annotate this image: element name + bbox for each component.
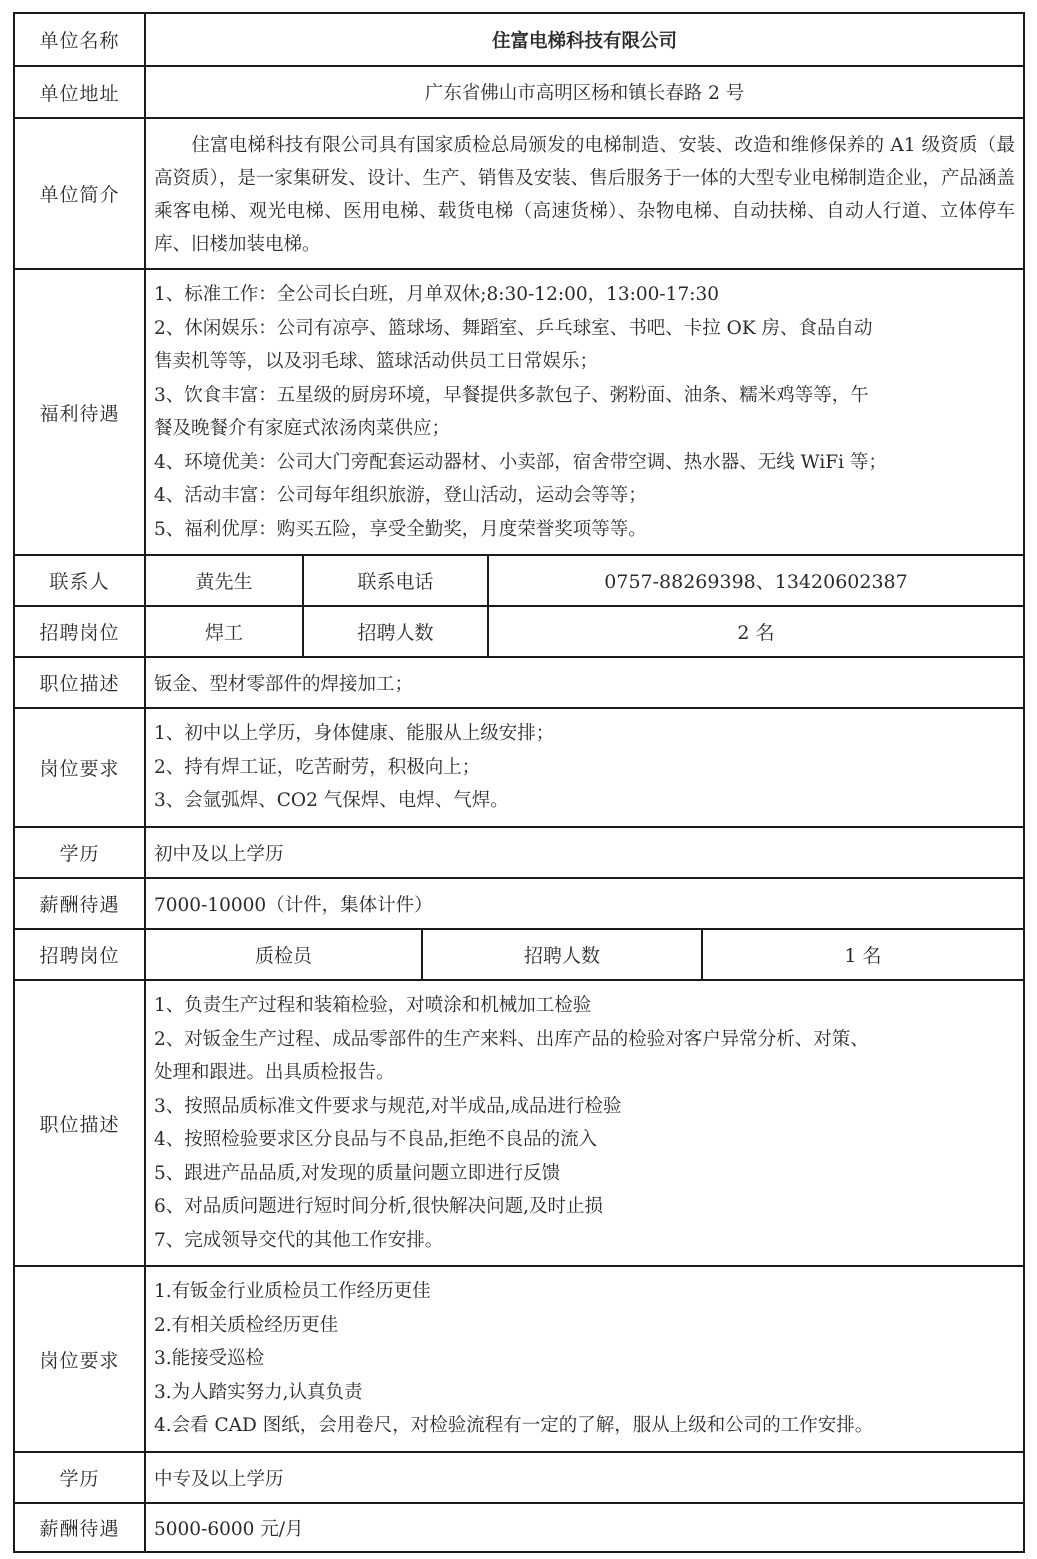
job2-salary: 5000-6000 元/月 [146,1504,1023,1551]
company-intro: 住富电梯科技有限公司具有国家质检总局颁发的电梯制造、安装、改造和维修保养的 A1… [146,119,1023,268]
row-job1-education: 学历 初中及以上学历 [15,826,1023,877]
row-job2-salary: 薪酬待遇 5000-6000 元/月 [15,1502,1023,1551]
row-job1-position: 招聘岗位 焊工 招聘人数 2 名 [15,605,1023,656]
benefit-line: 4、环境优美：公司大门旁配套运动器材、小卖部，宿舍带空调、热水器、无线 WiFi… [154,446,1015,480]
job2-count-label: 招聘人数 [423,930,703,979]
requirement-line: 3.为人踏实努力,认真负责 [154,1376,1015,1410]
job1-count-label: 招聘人数 [304,607,489,656]
company-name: 住富电梯科技有限公司 [146,14,1023,65]
description-line: 7、完成领导交代的其他工作安排。 [154,1224,1015,1258]
company-address-label: 单位地址 [15,67,146,117]
description-line: 3、按照品质标准文件要求与规范,对半成品,成品进行检验 [154,1090,1015,1124]
job2-count: 1 名 [703,930,1023,979]
company-name-label: 单位名称 [15,14,146,65]
job1-description: 钣金、型材零部件的焊接加工； [146,658,1023,707]
requirement-line: 3.能接受巡检 [154,1342,1015,1376]
row-job1-requirements: 岗位要求 1、初中以上学历，身体健康、能服从上级安排； 2、持有焊工证，吃苦耐劳… [15,707,1023,826]
requirement-line: 2.有相关质检经历更佳 [154,1309,1015,1343]
row-benefits: 福利待遇 1、标准工作：全公司长白班，月单双休;8:30-12:00，13:00… [15,268,1023,554]
description-line: 1、负责生产过程和装箱检验，对喷涂和机械加工检验 [154,989,1015,1023]
row-company-name: 单位名称 住富电梯科技有限公司 [15,14,1023,65]
description-line: 2、对钣金生产过程、成品零部件的生产来料、出库产品的检验对客户异常分析、对策、 [154,1023,1015,1057]
job1-requirements-list: 1、初中以上学历，身体健康、能服从上级安排； 2、持有焊工证，吃苦耐劳，积极向上… [146,709,1023,826]
benefit-line: 3、饮食丰富：五星级的厨房环境，早餐提供多款包子、粥粉面、油条、糯米鸡等等，午 [154,379,1015,413]
requirement-line: 2、持有焊工证，吃苦耐劳，积极向上； [154,751,1015,785]
requirement-line: 1.有钣金行业质检员工作经历更佳 [154,1275,1015,1309]
benefit-line: 5、福利优厚：购买五险，享受全勤奖，月度荣誉奖项等等。 [154,513,1015,547]
row-company-intro: 单位简介 住富电梯科技有限公司具有国家质检总局颁发的电梯制造、安装、改造和维修保… [15,117,1023,268]
job2-salary-label: 薪酬待遇 [15,1504,146,1551]
job1-desc-label: 职位描述 [15,658,146,707]
benefit-line: 4、活动丰富：公司每年组织旅游，登山活动，运动会等等； [154,479,1015,513]
description-line: 5、跟进产品品质,对发现的质量问题立即进行反馈 [154,1157,1015,1191]
description-line: 6、对品质问题进行短时间分析,很快解决问题,及时止损 [154,1190,1015,1224]
row-job2-position: 招聘岗位 质检员 招聘人数 1 名 [15,928,1023,979]
requirement-line: 3、会氩弧焊、CO2 气保焊、电焊、气焊。 [154,784,1015,818]
job2-position-label: 招聘岗位 [15,930,146,979]
description-line: 处理和跟进。出具质检报告。 [154,1056,1015,1090]
description-line: 4、按照检验要求区分良品与不良品,拒绝不良品的流入 [154,1123,1015,1157]
benefit-line: 2、休闲娱乐：公司有凉亭、篮球场、舞蹈室、乒乓球室、书吧、卡拉 OK 房、食品自… [154,312,1015,346]
job1-salary-label: 薪酬待遇 [15,879,146,928]
job2-position: 质检员 [146,930,423,979]
company-intro-text: 住富电梯科技有限公司具有国家质检总局颁发的电梯制造、安装、改造和维修保养的 A1… [154,135,1015,255]
job2-req-label: 岗位要求 [15,1267,146,1451]
job2-education: 中专及以上学历 [146,1453,1023,1502]
job1-count: 2 名 [489,607,1023,656]
row-job2-education: 学历 中专及以上学历 [15,1451,1023,1502]
job1-req-label: 岗位要求 [15,709,146,826]
row-job2-requirements: 岗位要求 1.有钣金行业质检员工作经历更佳 2.有相关质检经历更佳 3.能接受巡… [15,1265,1023,1451]
benefits-list: 1、标准工作：全公司长白班，月单双休;8:30-12:00，13:00-17:3… [146,270,1023,554]
row-job1-salary: 薪酬待遇 7000-10000（计件，集体计件） [15,877,1023,928]
row-job1-description: 职位描述 钣金、型材零部件的焊接加工； [15,656,1023,707]
job1-salary: 7000-10000（计件，集体计件） [146,879,1023,928]
job2-requirements-list: 1.有钣金行业质检员工作经历更佳 2.有相关质检经历更佳 3.能接受巡检 3.为… [146,1267,1023,1451]
benefit-line: 售卖机等等，以及羽毛球、篮球活动供员工日常娱乐； [154,345,1015,379]
job1-position: 焊工 [146,607,304,656]
row-contact: 联系人 黄先生 联系电话 0757-88269398、13420602387 [15,554,1023,605]
requirement-line: 1、初中以上学历，身体健康、能服从上级安排； [154,717,1015,751]
job2-desc-label: 职位描述 [15,981,146,1265]
job1-edu-label: 学历 [15,828,146,877]
company-intro-label: 单位简介 [15,119,146,268]
row-company-address: 单位地址 广东省佛山市高明区杨和镇长春路 2 号 [15,65,1023,117]
contact-phone: 0757-88269398、13420602387 [489,556,1023,605]
job2-description-list: 1、负责生产过程和装箱检验，对喷涂和机械加工检验 2、对钣金生产过程、成品零部件… [146,981,1023,1265]
benefit-line: 餐及晚餐介有家庭式浓汤肉菜供应； [154,412,1015,446]
company-address: 广东省佛山市高明区杨和镇长春路 2 号 [146,67,1023,117]
recruitment-table: 单位名称 住富电梯科技有限公司 单位地址 广东省佛山市高明区杨和镇长春路 2 号… [13,12,1025,1553]
job2-edu-label: 学历 [15,1453,146,1502]
benefit-line: 1、标准工作：全公司长白班，月单双休;8:30-12:00，13:00-17:3… [154,278,1015,312]
job1-position-label: 招聘岗位 [15,607,146,656]
contact-phone-label: 联系电话 [304,556,489,605]
requirement-line: 4.会看 CAD 图纸，会用卷尺，对检验流程有一定的了解，服从上级和公司的工作安… [154,1409,1015,1443]
contact-person: 黄先生 [146,556,304,605]
job1-education: 初中及以上学历 [146,828,1023,877]
benefits-label: 福利待遇 [15,270,146,554]
contact-person-label: 联系人 [15,556,146,605]
row-job2-description: 职位描述 1、负责生产过程和装箱检验，对喷涂和机械加工检验 2、对钣金生产过程、… [15,979,1023,1265]
